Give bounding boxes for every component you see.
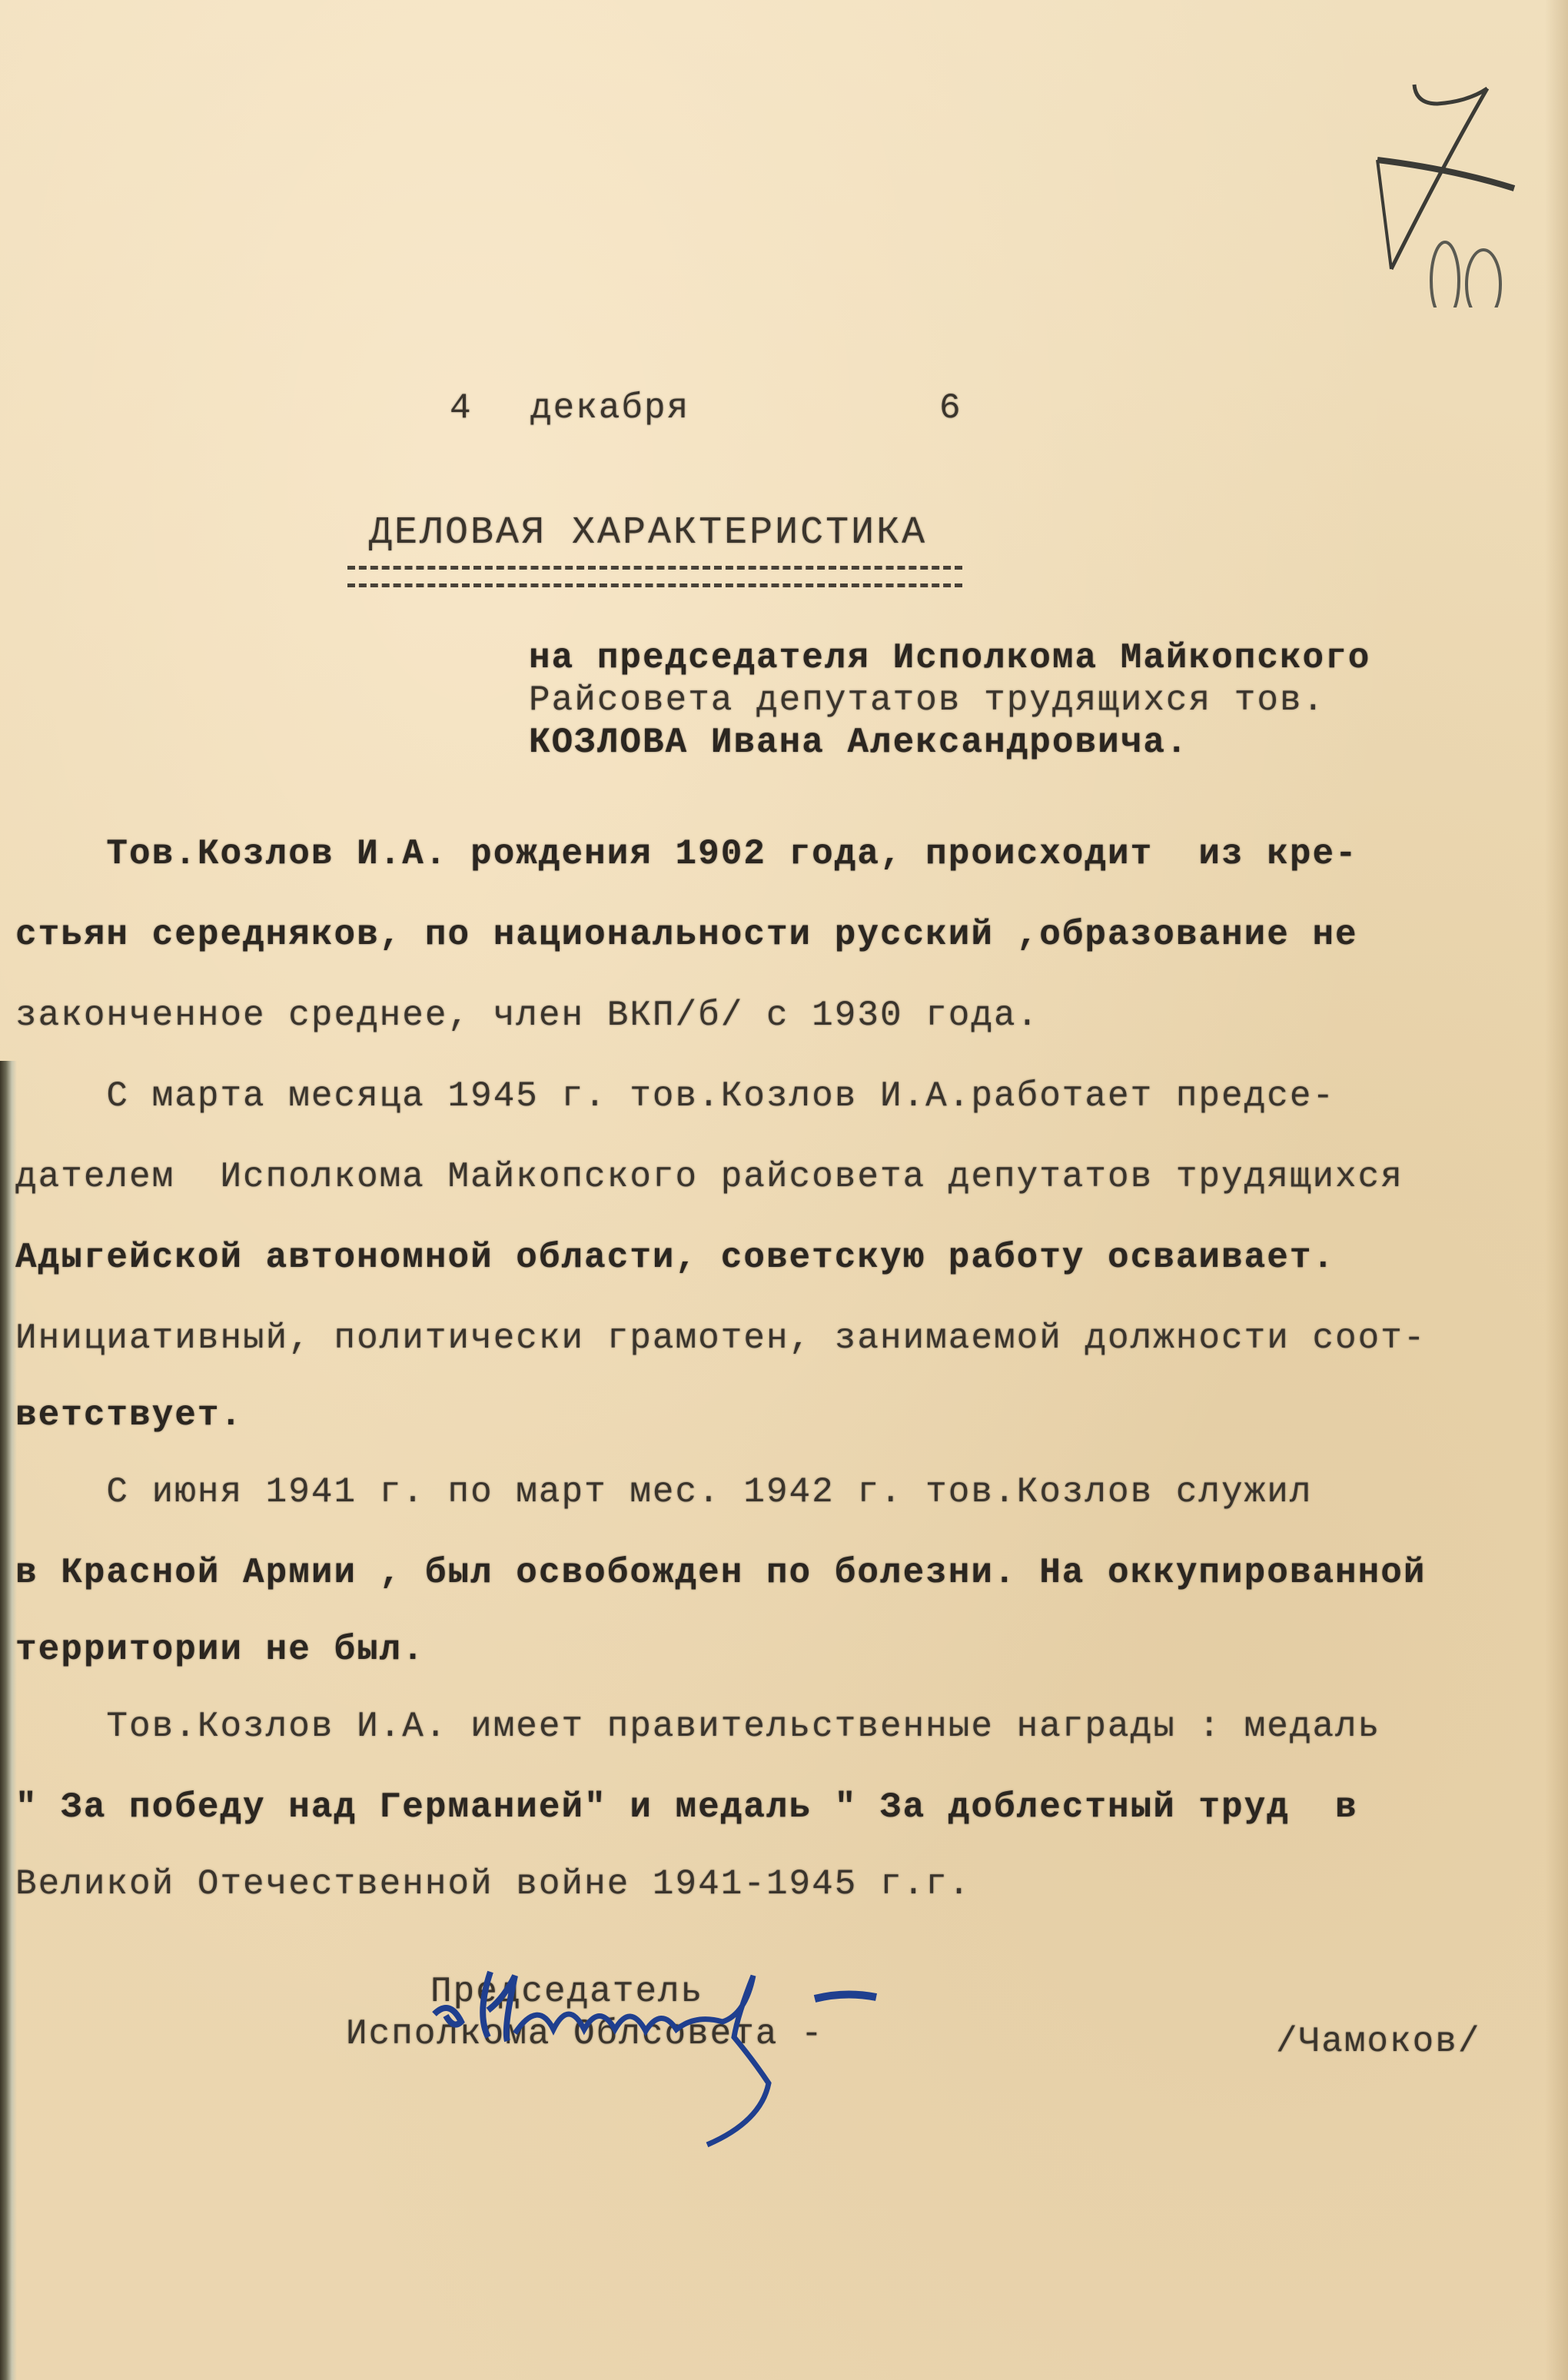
archive-sheet-number-mark: [1360, 61, 1560, 307]
body-line: С июня 1941 г. по март мес. 1942 г. тов.…: [15, 1472, 1312, 1512]
document-page: 4 декабря 6 ДЕЛОВАЯ ХАРАКТЕРИСТИКА на пр…: [0, 0, 1568, 2380]
body-line: ветствует.: [15, 1395, 243, 1435]
scan-right-edge: [1545, 0, 1568, 2380]
body-line: Тов.Козлов И.А. рождения 1902 года, прои…: [15, 834, 1358, 874]
body-line: Инициативный, политически грамотен, зани…: [15, 1318, 1426, 1358]
subject-line-3: КОЗЛОВА Ивана Александровича.: [529, 723, 1189, 763]
date-year-fragment: 6: [939, 388, 962, 428]
date-month: декабря: [530, 388, 689, 428]
subject-line-2: Райсовета депутатов трудящихся тов.: [529, 680, 1325, 720]
body-line: стьян середняков, по национальности русс…: [15, 915, 1358, 955]
title-underline: [347, 566, 962, 587]
body-line: законченное среднее, член ВКП/б/ с 1930 …: [15, 996, 1039, 1035]
date-day: 4: [450, 388, 473, 428]
document-title: ДЕЛОВАЯ ХАРАКТЕРИСТИКА: [369, 511, 927, 555]
body-line: Адыгейской автономной области, советскую…: [15, 1238, 1335, 1278]
body-line: территории не был.: [15, 1630, 425, 1670]
body-line: дателем Исполкома Майкопского райсовета …: [15, 1157, 1404, 1197]
body-line: С марта месяца 1945 г. тов.Козлов И.А.ра…: [15, 1076, 1335, 1116]
subject-line-1: на председателя Исполкома Майкопского: [529, 638, 1370, 678]
body-line: Великой Отечественной войне 1941-1945 г.…: [15, 1864, 971, 1904]
handwritten-signature: [430, 1968, 1430, 2152]
scan-left-edge: [0, 1061, 17, 2380]
body-line: в Красной Армии , был освобожден по боле…: [15, 1553, 1426, 1593]
body-line: Тов.Козлов И.А. имеет правительственные …: [15, 1707, 1380, 1747]
body-line: " За победу над Германией" и медаль " За…: [15, 1787, 1358, 1827]
